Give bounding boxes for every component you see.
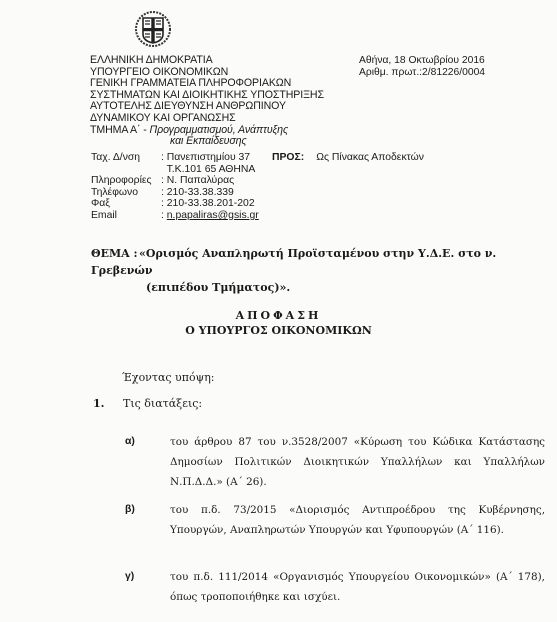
contact-row-email: Email: n.papaliras@gsis.gr (91, 210, 281, 222)
sub-item-text: του π.δ. 73/2015 «Διορισμός Αντιπροέδρου… (170, 500, 545, 540)
sub-item-a: α) του άρθρου 87 του ν.3528/2007 «Κύρωση… (125, 432, 545, 492)
greek-coat-of-arms-icon (133, 8, 173, 48)
document-page: ΕΛΛΗΝΙΚΗ ΔΗΜΟΚΡΑΤΙΑ ΥΠΟΥΡΓΕΙΟ ΟΙΚΟΝΟΜΙΚΩ… (0, 0, 557, 622)
contact-row: Πληροφορίες: Ν. Παπαλύρας (91, 175, 281, 187)
email-link[interactable]: n.papaliras@gsis.gr (167, 210, 259, 221)
item-text: Τις διατάξεις: (123, 397, 202, 410)
sub-item-mark: β) (125, 500, 135, 520)
sub-item-b: β) του π.δ. 73/2015 «Διορισμός Αντιπροέδ… (125, 500, 545, 540)
protocol-number: Αριθμ. πρωτ.:2/81226/0004 (359, 67, 485, 79)
subject-line-1: «Ορισμός Αναπληρωτή Προϊσταμένου στην Υ.… (91, 247, 496, 277)
department-line-2: και Εκπαίδευσης (90, 136, 324, 148)
document-date: Αθήνα, 18 Οκτωβρίου 2016 (359, 55, 485, 67)
sub-item-text: του άρθρου 87 του ν.3528/2007 «Κύρωση το… (170, 432, 545, 492)
decision-heading: ΑΠΟΦΑΣΗ Ο ΥΠΟΥΡΓΟΣ ΟΙΚΟΝΟΜΙΚΩΝ (0, 308, 557, 338)
authority-line: ΕΛΛΗΝΙΚΗ ΔΗΜΟΚΡΑΤΙΑ (90, 55, 324, 67)
recipient-value: Ως Πίνακας Αποδεκτών (316, 152, 424, 163)
date-protocol-block: Αθήνα, 18 Οκτωβρίου 2016 Αριθμ. πρωτ.:2/… (359, 55, 485, 78)
issuing-authority-block: ΕΛΛΗΝΙΚΗ ΔΗΜΟΚΡΑΤΙΑ ΥΠΟΥΡΓΕΙΟ ΟΙΚΟΝΟΜΙΚΩ… (90, 55, 324, 148)
list-item-1: 1.Τις διατάξεις: (93, 397, 202, 410)
contact-block: Ταχ. Δ/νση: Πανεπιστημίου 37 Τ.Κ.101 65 … (91, 152, 281, 222)
decision-title: ΑΠΟΦΑΣΗ (0, 308, 557, 323)
recipient-block: ΠΡΟΣ:Ως Πίνακας Αποδεκτών (272, 152, 424, 164)
item-number: 1. (93, 397, 123, 410)
sub-item-mark: γ) (125, 567, 134, 587)
contact-row: Τηλέφωνο: 210-33.38.339 (91, 187, 281, 199)
subject-label: ΘΕΜΑ : (91, 245, 139, 262)
contact-row: Ταχ. Δ/νση: Πανεπιστημίου 37 (91, 152, 281, 164)
sub-item-mark: α) (125, 432, 135, 452)
contact-row: Φαξ: 210-33.38.201-202 (91, 198, 281, 210)
recipient-label: ΠΡΟΣ: (272, 152, 304, 163)
sub-item-text: του π.δ. 111/2014 «Οργανισμός Υπουργείου… (170, 567, 545, 607)
subject-block: ΘΕΜΑ :«Ορισμός Αναπληρωτή Προϊσταμένου σ… (91, 245, 531, 296)
decision-issuer: Ο ΥΠΟΥΡΓΟΣ ΟΙΚΟΝΟΜΙΚΩΝ (0, 323, 557, 338)
sub-item-c: γ) του π.δ. 111/2014 «Οργανισμός Υπουργε… (125, 567, 545, 607)
contact-row: Τ.Κ.101 65 ΑΘΗΝΑ (91, 164, 281, 176)
subject-line-2: (επιπέδου Τμήματος)». (91, 279, 531, 296)
considering-text: Έχοντας υπόψη: (122, 371, 215, 384)
